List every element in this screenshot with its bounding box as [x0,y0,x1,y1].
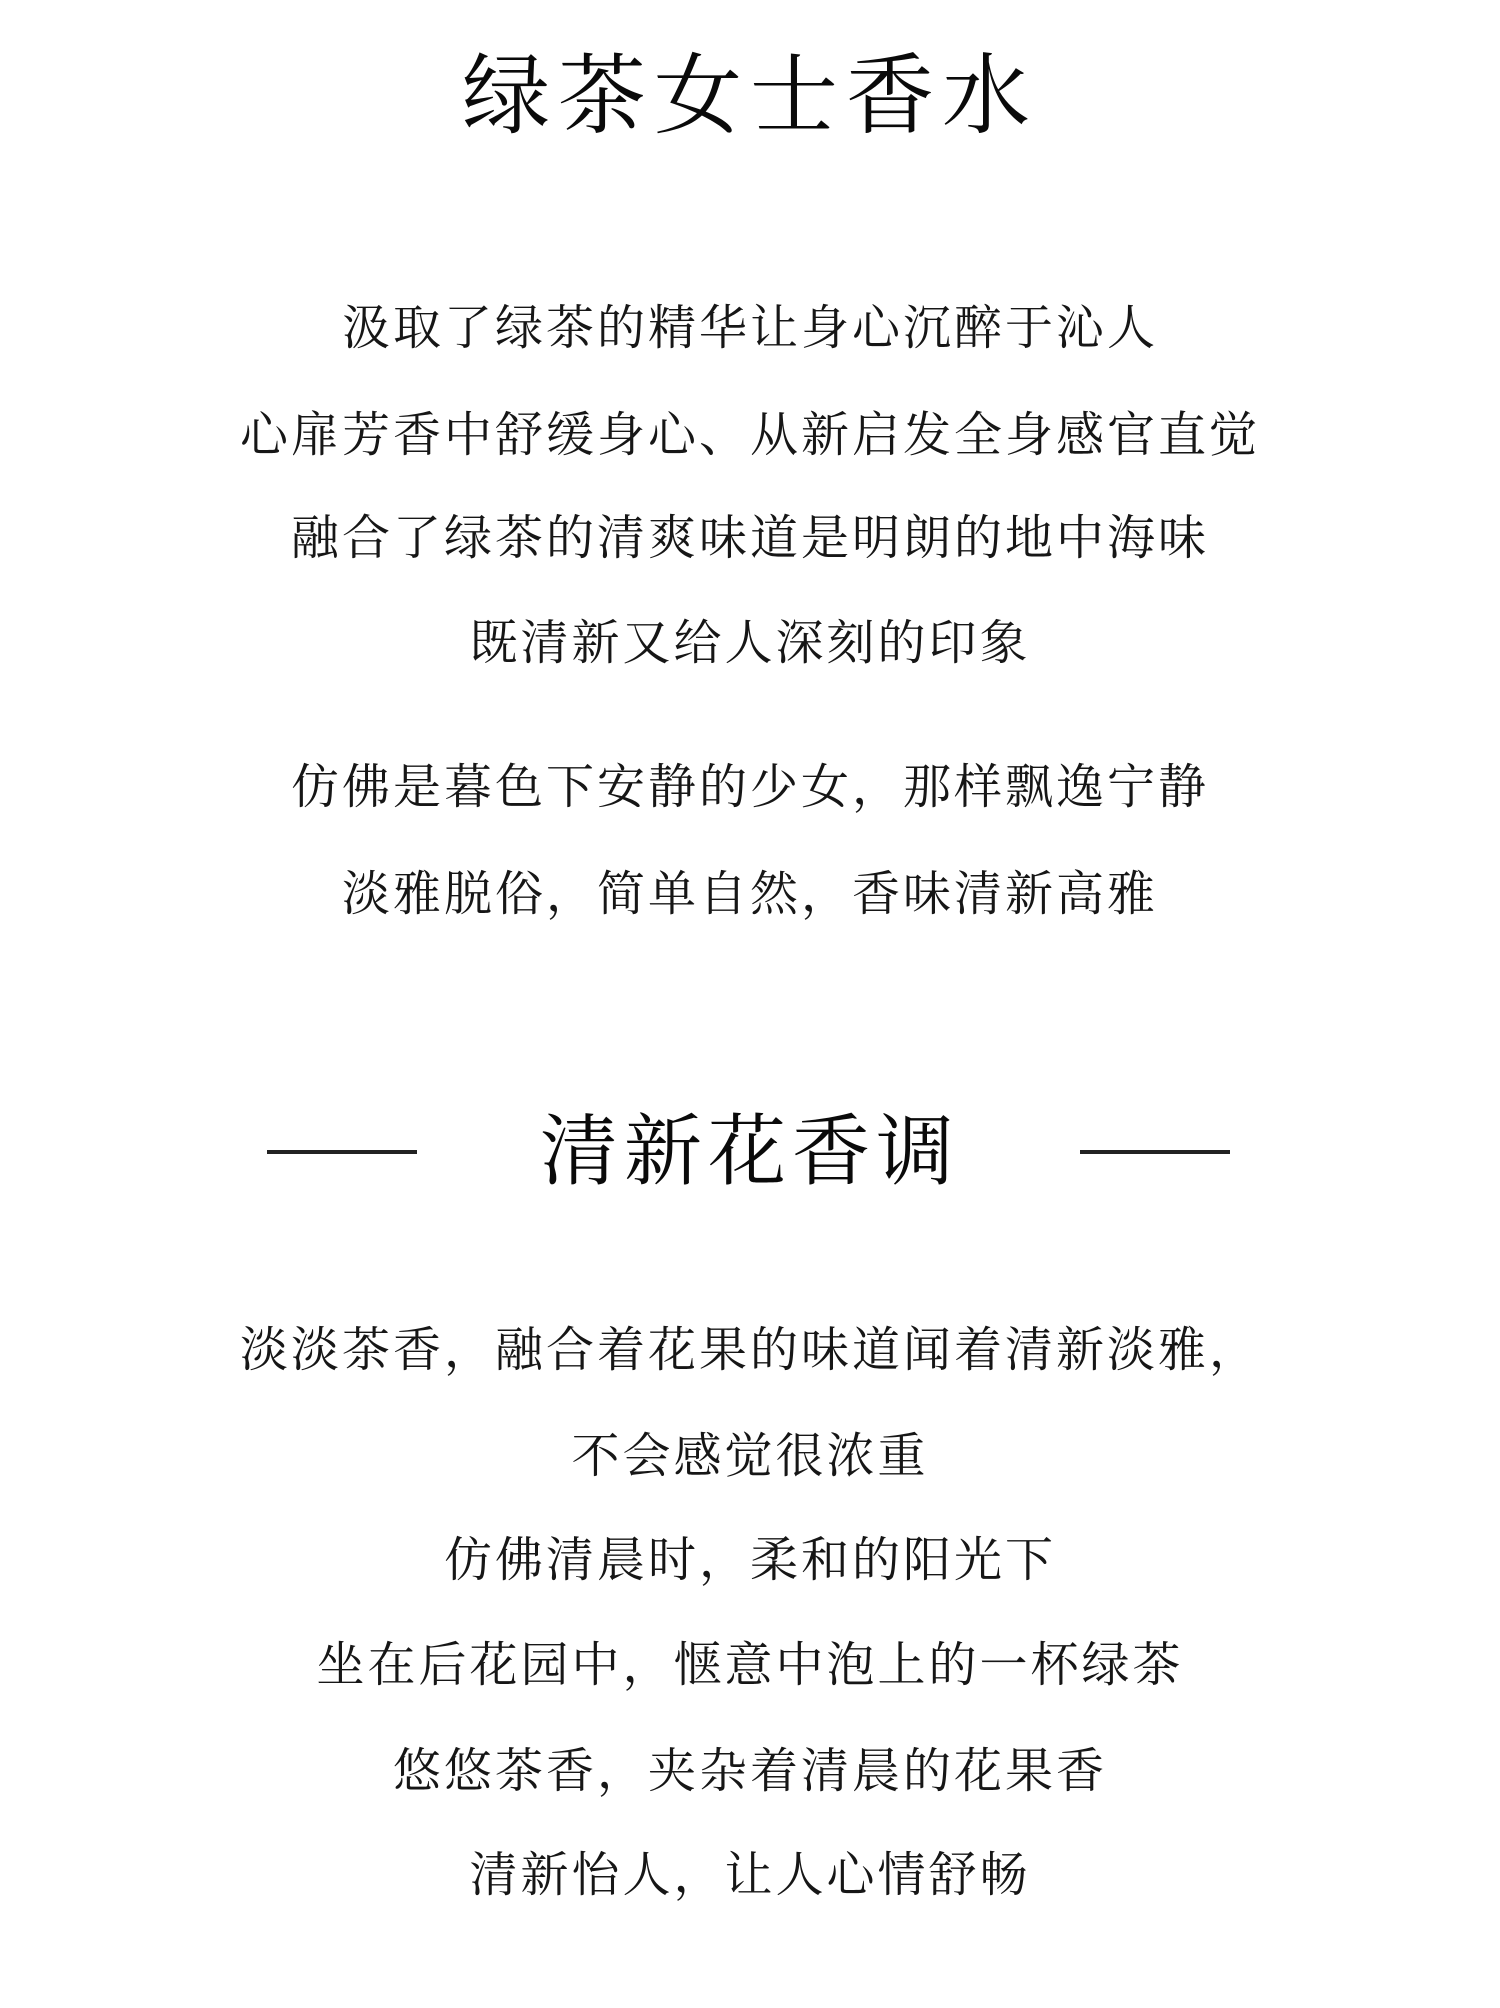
text-line: 汲取了绿茶的精华让身心沉醉于沁人 [0,296,1500,360]
text-line: 坐在后花园中，惬意中泡上的一杯绿茶 [0,1633,1500,1697]
text-line: 心扉芳香中舒缓身心、从新启发全身感官直觉 [0,403,1500,467]
text-line: 融合了绿茶的清爽味道是明朗的地中海味 [0,506,1500,570]
text-line: 仿佛清晨时，柔和的阳光下 [0,1528,1500,1592]
text-line: 悠悠茶香，夹杂着清晨的花果香 [0,1739,1500,1803]
divider-dash-right [1080,1150,1230,1154]
text-line: 不会感觉很浓重 [0,1424,1500,1488]
section-heading: 清新花香调 [0,1100,1500,1204]
text-line: 淡雅脱俗，简单自然，香味清新高雅 [0,862,1500,926]
section-heading-row: 清新花香调 [0,1100,1500,1204]
text-line: 淡淡茶香，融合着花果的味道闻着清新淡雅， [0,1318,1500,1382]
text-line: 清新怡人，让人心情舒畅 [0,1843,1500,1907]
text-line: 仿佛是暮色下安静的少女，那样飘逸宁静 [0,755,1500,819]
page-title: 绿茶女士香水 [0,40,1500,152]
text-line: 既清新又给人深刻的印象 [0,611,1500,675]
